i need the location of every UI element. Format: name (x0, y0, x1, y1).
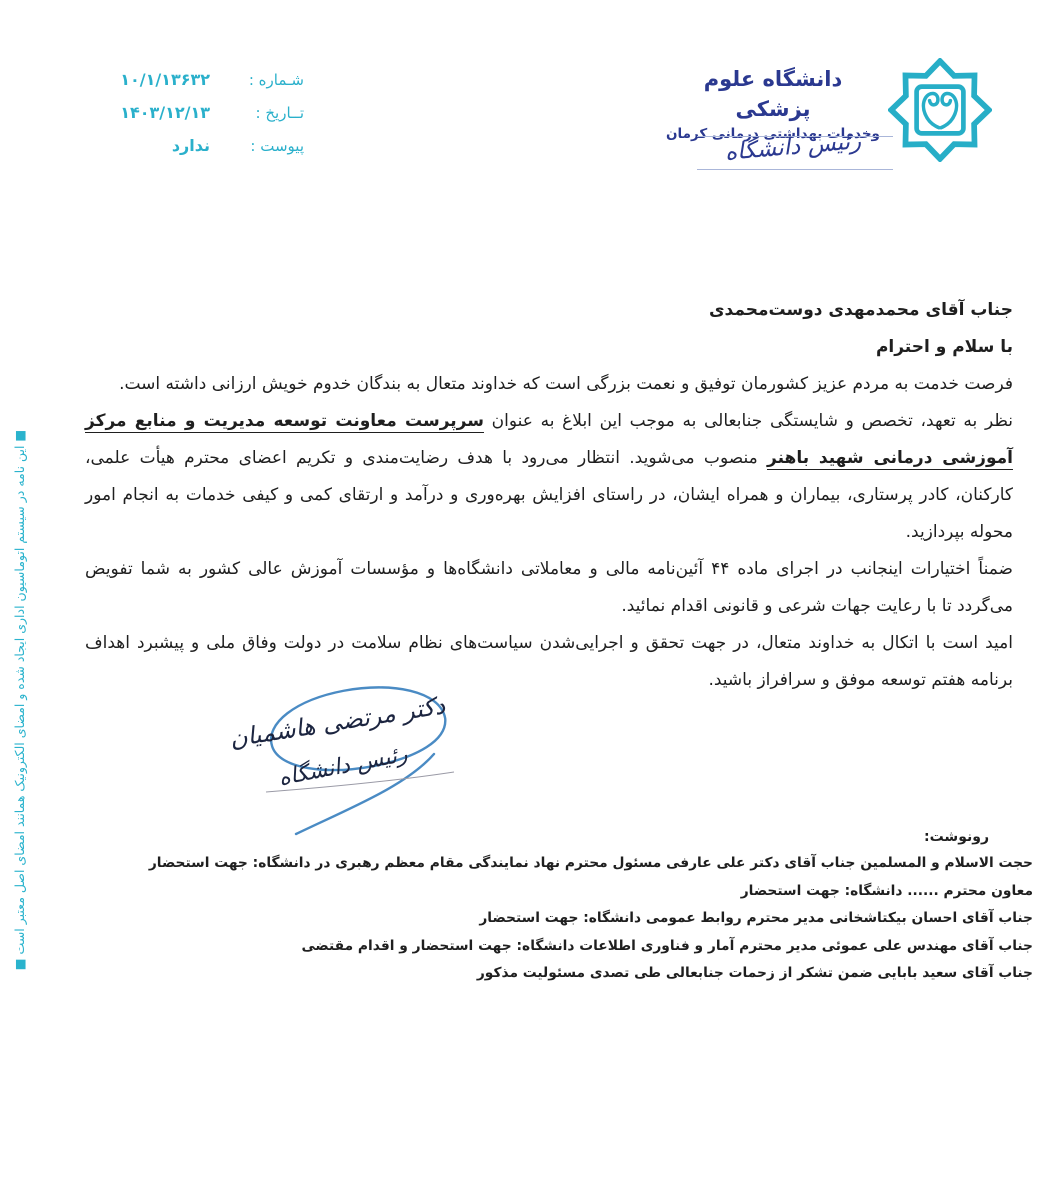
letter-attachment-label: پیوست : (220, 137, 304, 155)
letter-attachment-value: ندارد (172, 136, 210, 155)
letter-date-label: تــاریخ : (220, 104, 304, 122)
cc-item: حجت الاسلام و المسلمین جناب آقای دکتر عل… (60, 850, 1033, 878)
official-letter-page: شـماره : ۱۰/۱/۱۳۶۳۲ تــاریخ : ۱۴۰۳/۱۲/۱۳… (0, 0, 1049, 1200)
letter-number-label: شـماره : (220, 71, 304, 89)
cc-heading: رونوشت: (60, 824, 989, 850)
sidebar-validity-note: ■ این نامه در سیستم اتوماسیون اداری ایجا… (6, 388, 34, 1012)
sidebar-validity-note-text: ■ این نامه در سیستم اتوماسیون اداری ایجا… (6, 388, 34, 1012)
cc-item: معاون محترم ...... دانشگاه: جهت استحضار (60, 878, 1033, 906)
health-ministry-emblem-icon (888, 58, 992, 162)
letter-number-row: شـماره : ۱۰/۱/۱۳۶۳۲ (104, 70, 304, 103)
cc-item: جناب آقای مهندس علی عموئی مدیر محترم آما… (60, 933, 1033, 961)
signature-block: دکتر مرتضی هاشمیان رئیس دانشگاه (238, 676, 468, 846)
paragraph-3: ضمناً اختیارات اینجانب در اجرای ماده ۴۴ … (85, 551, 1013, 625)
cc-section: رونوشت: حجت الاسلام و المسلمین جناب آقای… (60, 824, 1033, 988)
cc-item: جناب آقای سعید بابایی ضمن تشکر از زحمات … (60, 960, 1033, 988)
letter-body: جناب آقای محمدمهدی دوست‌محمدی با سلام و … (85, 292, 1013, 699)
paragraph-4: امید است با اتکال به خداوند متعال، در جه… (85, 625, 1013, 699)
letter-date-row: تــاریخ : ۱۴۰۳/۱۲/۱۳ (104, 103, 304, 136)
university-name: دانشگاه علوم پزشکی (665, 64, 881, 124)
salutation: با سلام و احترام (85, 329, 1013, 366)
paragraph-2-pre: نظر به تعهد، تخصص و شایستگی جنابعالی به … (484, 411, 1013, 431)
recipient-name: جناب آقای محمدمهدی دوست‌محمدی (85, 292, 1013, 329)
paragraph-2: نظر به تعهد، تخصص و شایستگی جنابعالی به … (85, 403, 1013, 551)
university-logo-icon (888, 58, 992, 162)
paragraph-1: فرصت خدمت به مردم عزیز کشورمان توفیق و ن… (85, 366, 1013, 403)
letter-attachment-row: پیوست : ندارد (104, 136, 304, 169)
letter-number-value: ۱۰/۱/۱۳۶۳۲ (120, 70, 210, 89)
cc-item: جناب آقای احسان بیکتاشخانی مدیر محترم رو… (60, 905, 1033, 933)
letter-meta-block: شـماره : ۱۰/۱/۱۳۶۳۲ تــاریخ : ۱۴۰۳/۱۲/۱۳… (104, 70, 304, 169)
header-divider-bottom (697, 169, 893, 170)
letter-date-value: ۱۴۰۳/۱۲/۱۳ (120, 103, 210, 122)
